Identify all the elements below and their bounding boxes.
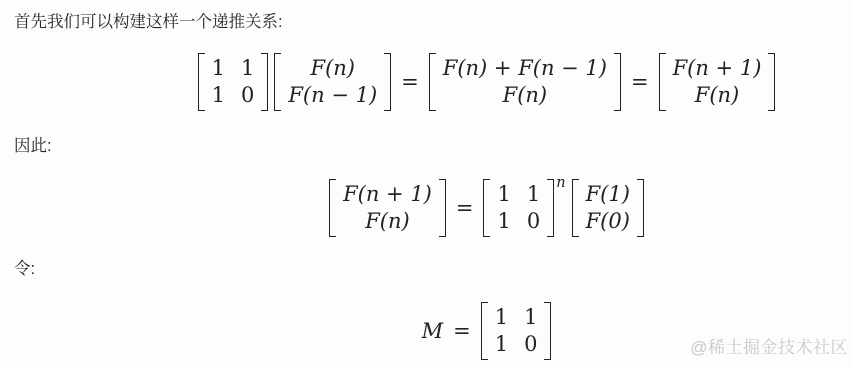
matrix-cells: 1 1 1 0 xyxy=(208,53,259,111)
matrix-cell: 0 xyxy=(527,208,540,235)
left-bracket xyxy=(329,179,336,237)
matrix-cell: 1 xyxy=(497,181,510,208)
m-matrix: 1 1 1 0 xyxy=(481,302,552,360)
exponent: n xyxy=(556,170,565,197)
equals-sign: = xyxy=(631,69,649,96)
vector-cells: F(n + 1) F(n) xyxy=(339,179,436,237)
right-bracket xyxy=(637,179,644,237)
paragraph-therefore: 因此: xyxy=(0,135,853,157)
matrix-cell: 1 xyxy=(527,181,540,208)
right-bracket xyxy=(384,53,391,111)
left-bracket xyxy=(198,53,205,111)
symbol-m: M xyxy=(422,318,444,345)
sum-vector: F(n) + F(n − 1) F(n) xyxy=(429,53,621,111)
result-vector: F(n + 1) F(n) xyxy=(659,53,776,111)
left-bracket xyxy=(572,179,579,237)
equals-sign: = xyxy=(456,195,474,222)
watermark: @稀土掘金技术社区 xyxy=(690,333,848,358)
matrix-cell: 1 xyxy=(495,331,508,358)
paragraph-let: 令: xyxy=(0,258,853,280)
right-bracket xyxy=(768,53,775,111)
vector-cell: F(n + 1) xyxy=(343,181,432,208)
vector-cell: F(n) xyxy=(503,82,547,109)
matrix-cells: 1 1 1 0 xyxy=(491,302,542,360)
vector-cell: F(n + 1) xyxy=(673,55,762,82)
right-bracket xyxy=(544,302,551,360)
vector-cell: F(n − 1) xyxy=(288,82,377,109)
matrix-cells: 1 1 1 0 xyxy=(493,179,544,237)
matrix-cell: 1 xyxy=(524,304,537,331)
matrix-power: 1 1 1 0 n xyxy=(483,179,565,237)
base-matrix: 1 1 1 0 xyxy=(483,179,554,237)
article-content: 首先我们可以构建这样一个递推关系: 1 1 1 0 F(n) F(n − 1) … xyxy=(0,11,853,360)
vector-cells: F(n) F(n − 1) xyxy=(284,53,381,111)
vector-cells: F(n + 1) F(n) xyxy=(669,53,766,111)
equation-recurrence: 1 1 1 0 F(n) F(n − 1) = F(n) + F(n − 1) … xyxy=(0,53,853,111)
vector-cell: F(0) xyxy=(586,208,630,235)
vector-cell: F(n) xyxy=(365,208,409,235)
matrix-cell: 1 xyxy=(241,55,254,82)
equals-sign: = xyxy=(453,318,471,345)
left-bracket xyxy=(483,179,490,237)
left-bracket xyxy=(659,53,666,111)
matrix-cell: 0 xyxy=(524,331,537,358)
matrix-cell: 1 xyxy=(495,304,508,331)
vector-cells: F(1) F(0) xyxy=(582,179,634,237)
coefficient-matrix: 1 1 1 0 xyxy=(198,53,269,111)
matrix-cell: 1 xyxy=(212,55,225,82)
state-vector: F(n) F(n − 1) xyxy=(274,53,391,111)
vector-cell: F(1) xyxy=(586,181,630,208)
matrix-cell: 1 xyxy=(497,208,510,235)
right-bracket xyxy=(261,53,268,111)
matrix-cell: 1 xyxy=(212,82,225,109)
vector-cells: F(n) + F(n − 1) F(n) xyxy=(439,53,611,111)
right-bracket xyxy=(439,179,446,237)
paragraph-intro: 首先我们可以构建这样一个递推关系: xyxy=(0,11,853,33)
equals-sign: = xyxy=(401,69,419,96)
right-bracket xyxy=(614,53,621,111)
initial-vector: F(1) F(0) xyxy=(572,179,644,237)
vector-cell: F(n) xyxy=(311,55,355,82)
left-bracket xyxy=(274,53,281,111)
left-bracket xyxy=(481,302,488,360)
right-bracket xyxy=(547,179,554,237)
left-bracket xyxy=(429,53,436,111)
vector-cell: F(n) xyxy=(695,82,739,109)
matrix-cell: 0 xyxy=(241,82,254,109)
lhs-vector: F(n + 1) F(n) xyxy=(329,179,446,237)
equation-power: F(n + 1) F(n) = 1 1 1 0 n F(1) xyxy=(0,179,853,237)
vector-cell: F(n) + F(n − 1) xyxy=(443,55,607,82)
